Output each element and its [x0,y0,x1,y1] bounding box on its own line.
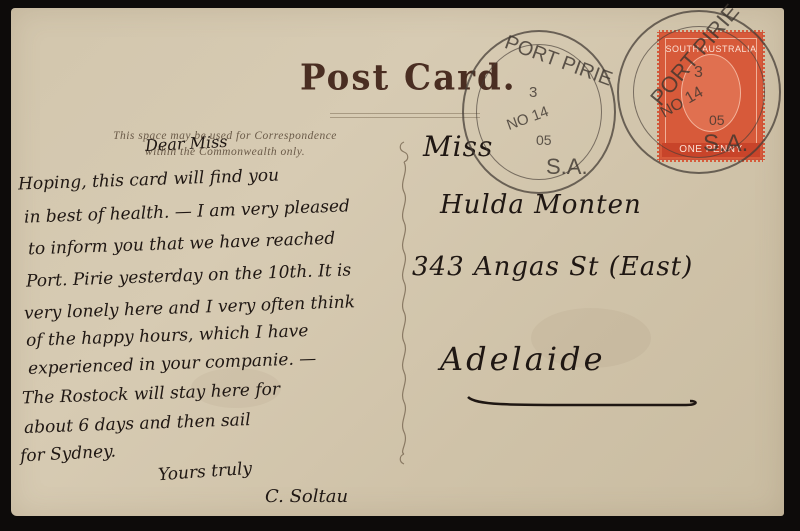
postmark-year: 05 [709,112,725,128]
postmark-year: 05 [536,132,552,148]
postmark-hour: 3 [529,84,537,101]
postmark-state: S.A. [546,154,588,180]
ornamental-divider [397,140,411,465]
address-line-4: Adelaide [440,340,606,378]
address-underline [466,395,701,409]
postmark-hour: 3 [694,64,703,82]
title-rule [330,113,480,118]
postmark-left: PORT PIRIE 3 NO 14 05 S.A. [462,30,616,194]
postmark-right: PORT PIRIE 3 NO 14 05 S.A. [617,10,781,174]
postmark-state: S.A. [703,130,748,158]
message-signature: C. Soltau [265,486,348,507]
address-line-3: 343 Angas St (East) [412,252,693,282]
address-line-2: Hulda Monten [440,190,642,220]
